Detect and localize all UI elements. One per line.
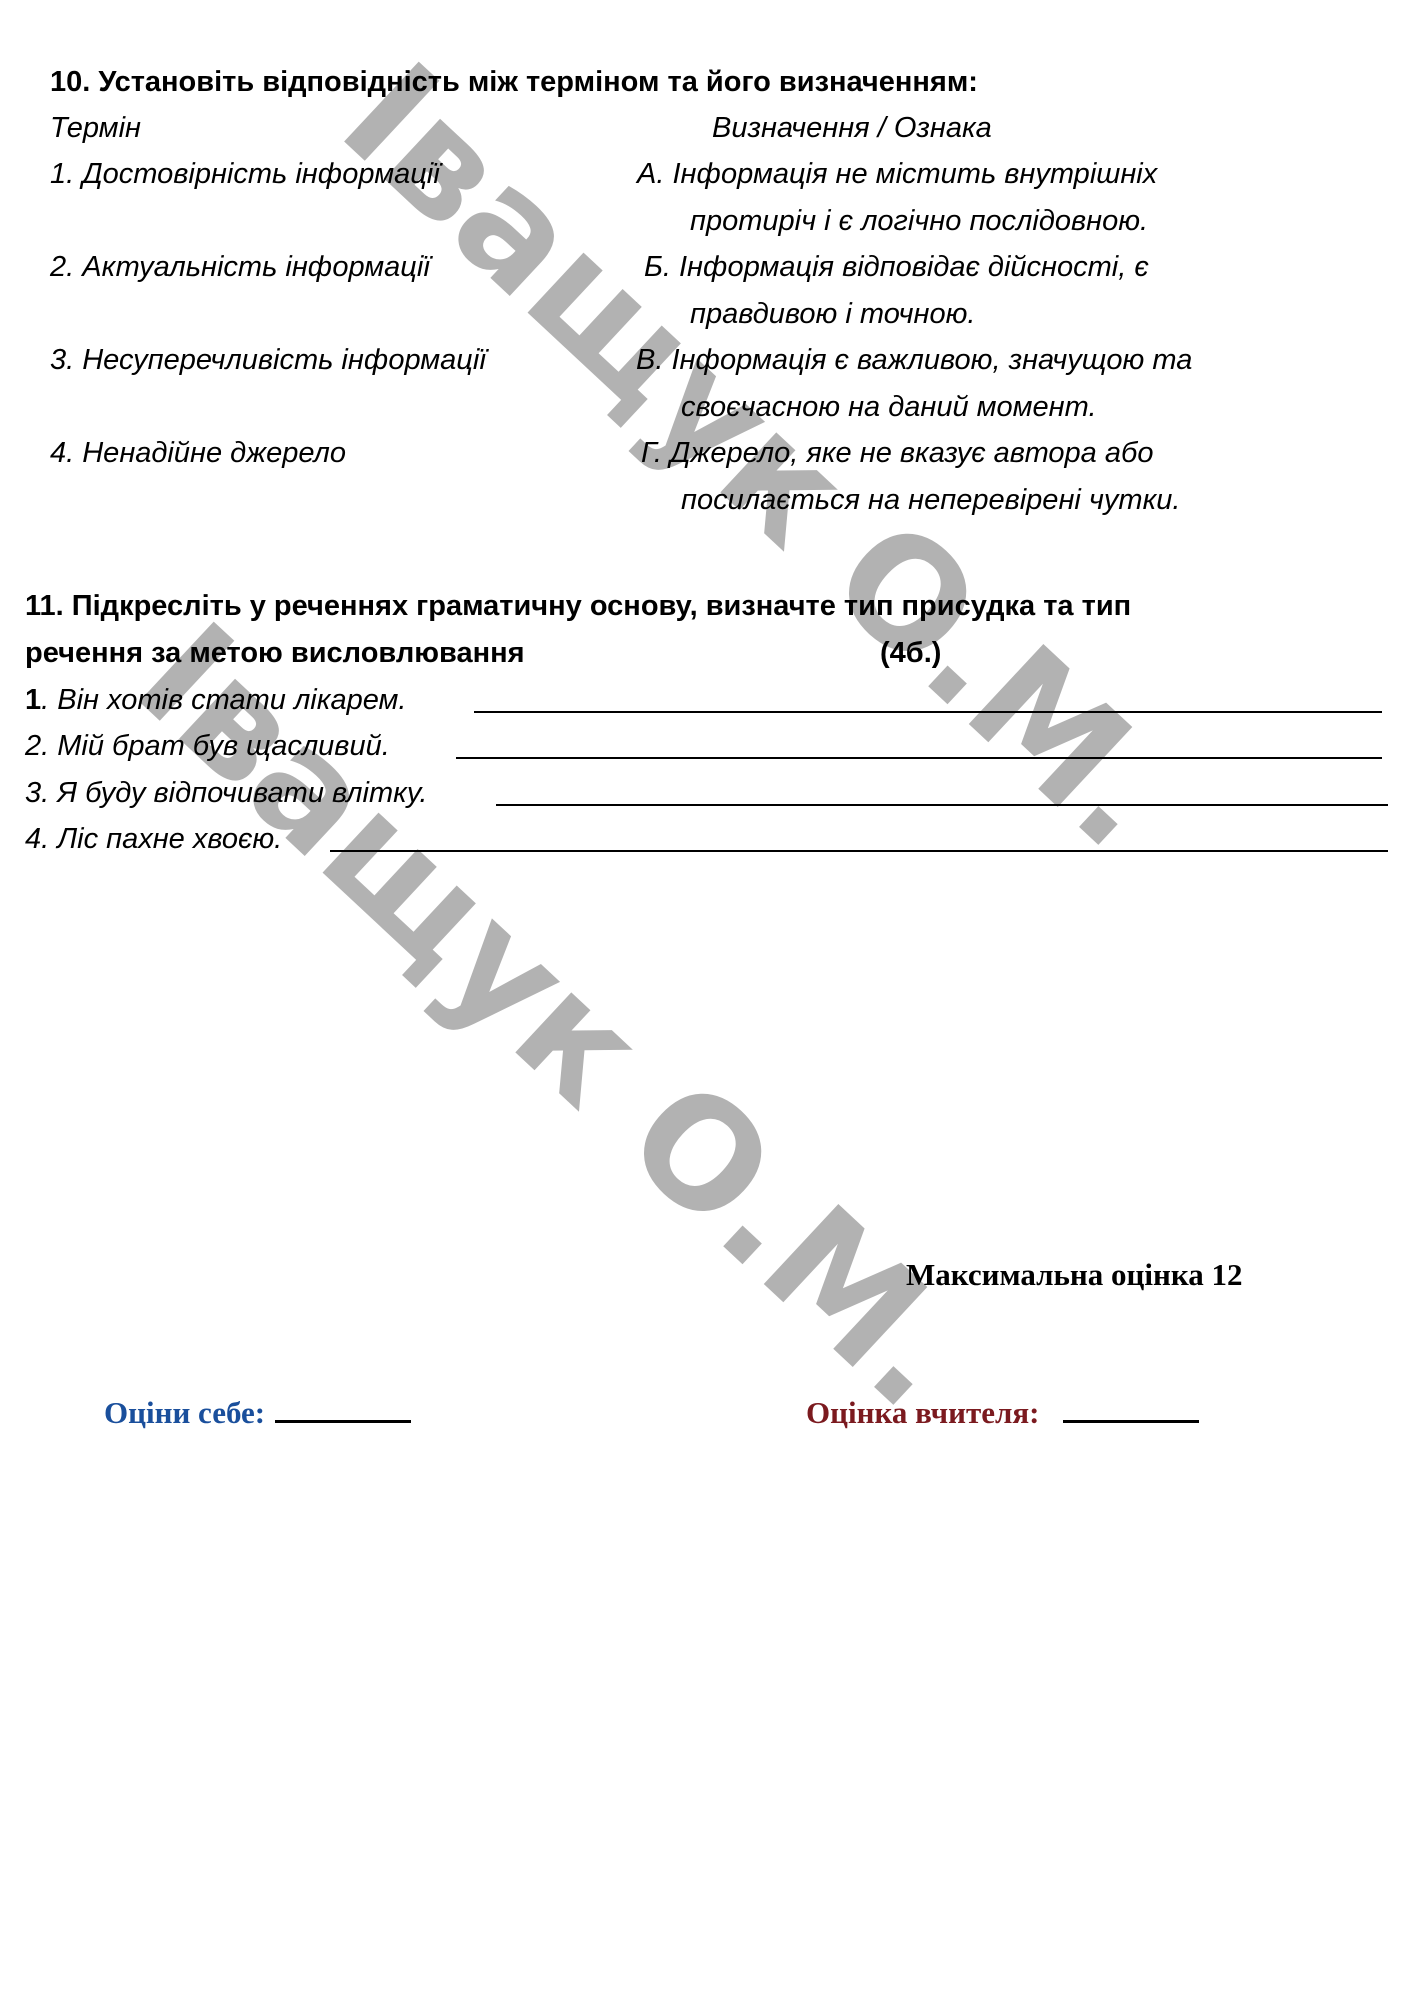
- answer-line[interactable]: [474, 711, 1382, 713]
- task11-title-continuation: речення за метою висловлювання: [25, 635, 525, 671]
- watermark: Іващук О.М.: [113, 600, 991, 1433]
- term-item: 4. Ненадійне джерело: [50, 435, 346, 471]
- definition-item: Б. Інформація відповідає дійсності, є: [644, 249, 1149, 285]
- sentence-text: . Він хотів стати лікарем.: [41, 684, 406, 716]
- teacher-assessment: Оцінка вчителя:: [806, 1394, 1199, 1432]
- answer-line[interactable]: [456, 757, 1382, 759]
- self-assessment-label: Оціни себе:: [104, 1395, 265, 1430]
- sentence-item: 1. Він хотів стати лікарем.: [25, 682, 406, 718]
- definition-column-header: Визначення / Ознака: [712, 110, 992, 146]
- self-assessment-blank[interactable]: [275, 1394, 411, 1423]
- worksheet-page: 10. Установіть відповідність між терміно…: [0, 0, 1414, 2000]
- term-item: 1. Достовірність інформації: [50, 156, 440, 192]
- answer-line[interactable]: [330, 850, 1388, 852]
- task11-title: 11. Підкресліть у реченнях граматичну ос…: [25, 588, 1131, 624]
- sentence-number: 1: [25, 684, 41, 716]
- teacher-assessment-label: Оцінка вчителя:: [806, 1395, 1039, 1430]
- definition-item-continuation: правдивою і точною.: [690, 296, 975, 332]
- definition-item-continuation: посилається на неперевірені чутки.: [681, 482, 1180, 518]
- term-column-header: Термін: [50, 110, 141, 146]
- definition-item: А. Інформація не містить внутрішніх: [637, 156, 1157, 192]
- definition-item-continuation: своєчасною на даний момент.: [681, 389, 1097, 425]
- definition-item: В. Інформація є важливою, значущою та: [636, 342, 1192, 378]
- definition-item-continuation: протиріч і є логічно послідовною.: [690, 203, 1148, 239]
- self-assessment: Оціни себе:: [104, 1394, 411, 1432]
- term-item: 2. Актуальність інформації: [50, 249, 430, 285]
- max-score-label: Максимальна оцінка 12: [906, 1256, 1243, 1294]
- answer-line[interactable]: [496, 804, 1388, 806]
- teacher-assessment-blank[interactable]: [1063, 1394, 1199, 1423]
- term-item: 3. Несуперечливість інформації: [50, 342, 486, 378]
- task10-title: 10. Установіть відповідність між терміно…: [50, 64, 978, 100]
- task11-points: (4б.): [880, 635, 941, 671]
- definition-item: Г. Джерело, яке не вказує автора або: [641, 435, 1153, 471]
- sentence-item: 3. Я буду відпочивати влітку.: [25, 775, 427, 811]
- sentence-item: 4. Ліс пахне хвоєю.: [25, 821, 282, 857]
- sentence-item: 2. Мій брат був щасливий.: [25, 728, 390, 764]
